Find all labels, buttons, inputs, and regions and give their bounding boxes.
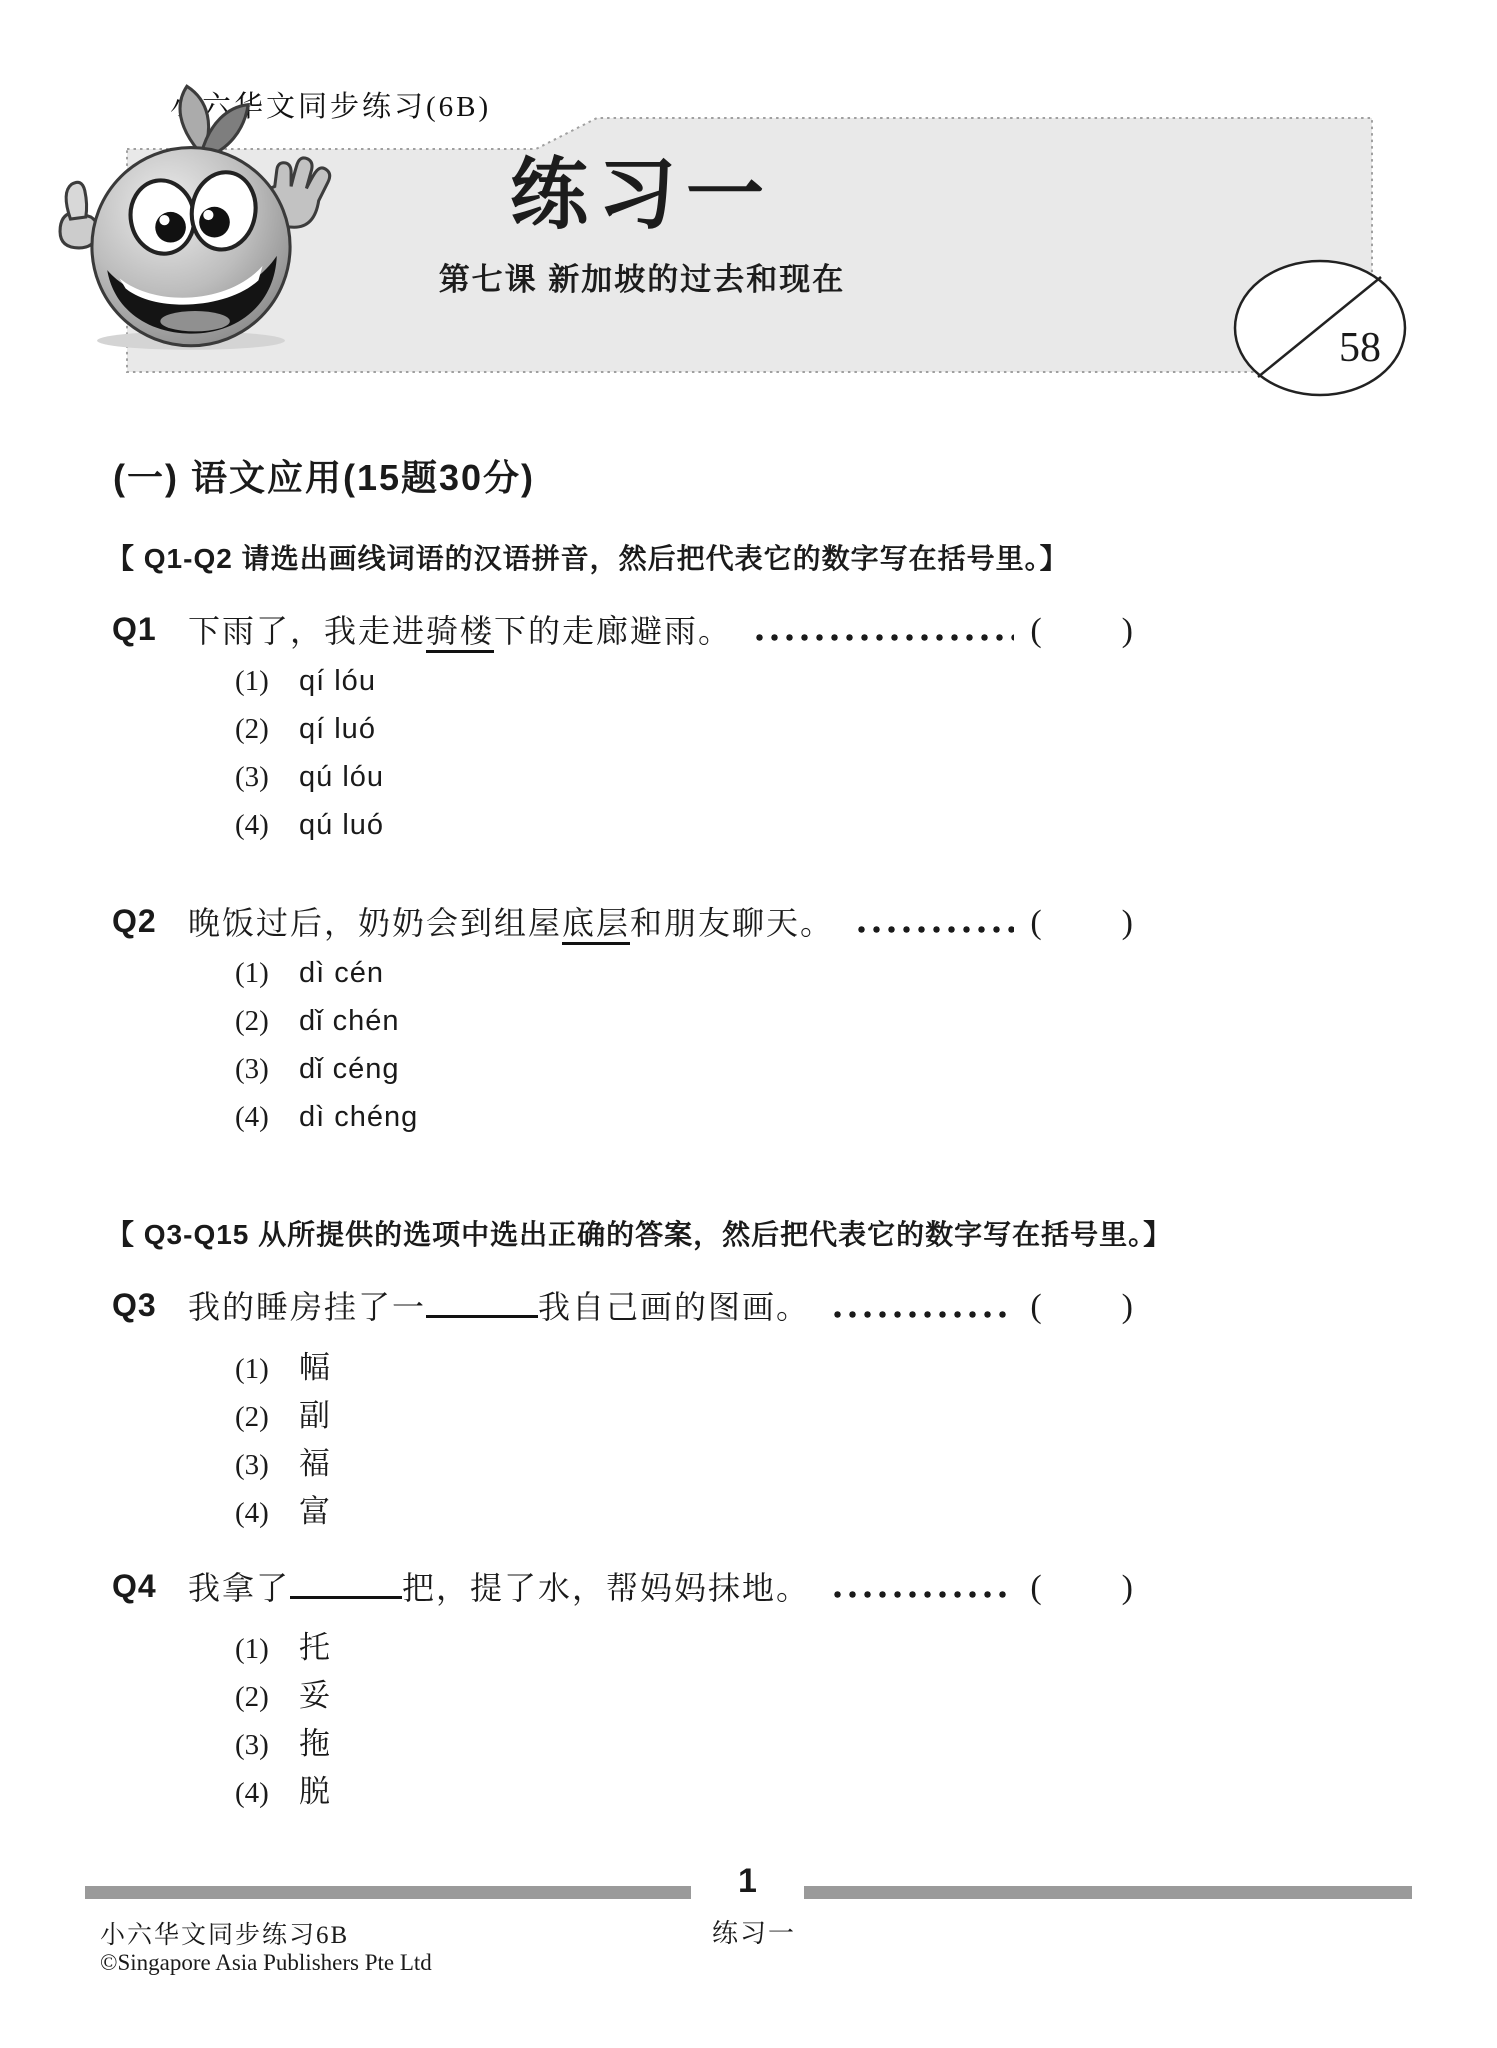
option-number: (2) <box>235 1401 299 1434</box>
open-paren: ( <box>1030 609 1041 653</box>
option-number: (4) <box>235 1497 299 1530</box>
option-row: (2)副 <box>235 1390 1133 1438</box>
option-row: (3)qú lóu <box>235 761 1133 809</box>
option-row: (2)妥 <box>235 1670 1133 1718</box>
option-text: 幅 <box>299 1342 332 1387</box>
option-row: (3)福 <box>235 1438 1133 1486</box>
options-list: (1)托 (2)妥 (3)拖 (4)脱 <box>235 1622 1133 1814</box>
sentence-post: 下的走廊避雨。 <box>494 613 732 649</box>
sentence-pre: 晚饭过后，奶奶会到组屋 <box>188 905 562 941</box>
option-row: (1)托 <box>235 1622 1133 1670</box>
sentence-pre: 我拿了 <box>188 1570 290 1606</box>
option-number: (4) <box>235 1777 299 1810</box>
dotted-leader <box>830 1591 1014 1598</box>
question-q4: Q4 我拿了把，提了水，帮妈妈抹地。 () (1)托 (2)妥 (3)拖 (4)… <box>188 1566 1133 1814</box>
option-text: 脱 <box>299 1766 332 1811</box>
sentence-pre: 下雨了，我走进 <box>188 613 426 649</box>
option-text: 富 <box>299 1486 332 1531</box>
option-row: (1)dì cén <box>235 957 1133 1005</box>
sentence-post: 和朋友聊天。 <box>630 905 834 941</box>
option-row: (4)qú luó <box>235 809 1133 857</box>
option-text: qú lóu <box>299 761 384 794</box>
option-number: (3) <box>235 761 299 794</box>
footer-rule-left <box>85 1886 691 1899</box>
dotted-leader <box>854 926 1014 933</box>
question-q2: Q2 晚饭过后，奶奶会到组屋底层和朋友聊天。 () (1)dì cén (2)d… <box>188 901 1133 1149</box>
option-text: qú luó <box>299 809 384 842</box>
question-number: Q4 <box>112 1568 157 1605</box>
option-row: (4)脱 <box>235 1766 1133 1814</box>
question-sentence: 我拿了把，提了水，帮妈妈抹地。 <box>188 1567 810 1610</box>
question-q1: Q1 下雨了，我走进骑楼下的走廊避雨。 () (1)qí lóu (2)qí l… <box>188 609 1133 857</box>
open-paren: ( <box>1030 901 1041 945</box>
underlined-word: 骑楼 <box>426 613 494 653</box>
options-list: (1)幅 (2)副 (3)福 (4)富 <box>235 1342 1133 1534</box>
option-number: (4) <box>235 809 299 842</box>
fill-in-blank[interactable] <box>290 1596 402 1599</box>
open-paren: ( <box>1030 1566 1041 1610</box>
option-row: (1)幅 <box>235 1342 1133 1390</box>
option-text: 妥 <box>299 1670 332 1715</box>
answer-brackets[interactable]: () <box>1030 609 1133 653</box>
option-number: (3) <box>235 1729 299 1762</box>
instruction-q1-q2: 【 Q1-Q2 请选出画线词语的汉语拼音，然后把代表它的数字写在括号里。】 <box>106 537 1497 577</box>
question-sentence: 我的睡房挂了一我自己画的图画。 <box>188 1286 810 1329</box>
option-text: 托 <box>299 1622 332 1667</box>
option-row: (3)dǐ céng <box>235 1053 1133 1101</box>
option-row: (4)dì chéng <box>235 1101 1133 1149</box>
footer-book-title: 小六华文同步练习6B <box>100 1915 349 1951</box>
worksheet-page: 小六华文同步练习(6B) <box>0 0 1497 2048</box>
question-number: Q2 <box>112 903 157 940</box>
close-paren: ) <box>1122 901 1133 945</box>
options-list: (1)qí lóu (2)qí luó (3)qú lóu (4)qú luó <box>235 665 1133 857</box>
option-row: (2)dǐ chén <box>235 1005 1133 1053</box>
footer-rule-right <box>804 1886 1412 1899</box>
option-text: 拖 <box>299 1718 332 1763</box>
option-row: (2)qí luó <box>235 713 1133 761</box>
answer-brackets[interactable]: () <box>1030 1566 1133 1610</box>
close-paren: ) <box>1122 1285 1133 1329</box>
option-number: (3) <box>235 1053 299 1086</box>
option-row: (4)富 <box>235 1486 1133 1534</box>
question-number: Q3 <box>112 1287 157 1324</box>
option-number: (3) <box>235 1449 299 1482</box>
option-text: 副 <box>299 1390 332 1435</box>
question-sentence: 晚饭过后，奶奶会到组屋底层和朋友聊天。 <box>188 902 834 945</box>
option-text: dì cén <box>299 957 384 990</box>
question-number: Q1 <box>112 611 157 648</box>
options-list: (1)dì cén (2)dǐ chén (3)dǐ céng (4)dì ch… <box>235 957 1133 1149</box>
option-text: dì chéng <box>299 1101 418 1134</box>
option-number: (2) <box>235 713 299 746</box>
worksheet-body: (一) 语文应用(15题30分) 【 Q1-Q2 请选出画线词语的汉语拼音，然后… <box>0 430 1497 1814</box>
option-number: (1) <box>235 665 299 698</box>
instruction-q3-q15: 【 Q3-Q15 从所提供的选项中选出正确的答案，然后把代表它的数字写在括号里。… <box>106 1213 1497 1253</box>
option-text: qí lóu <box>299 665 376 698</box>
option-number: (2) <box>235 1681 299 1714</box>
option-number: (4) <box>235 1101 299 1134</box>
question-q3: Q3 我的睡房挂了一我自己画的图画。 () (1)幅 (2)副 (3)福 (4)… <box>188 1285 1133 1533</box>
open-paren: ( <box>1030 1285 1041 1329</box>
score-circle: 58 <box>1231 258 1409 402</box>
option-number: (1) <box>235 1353 299 1386</box>
underlined-word: 底层 <box>562 905 630 945</box>
answer-brackets[interactable]: () <box>1030 1285 1133 1329</box>
option-text: dǐ chén <box>299 1005 400 1038</box>
score-total-text: 58 <box>1339 325 1381 371</box>
close-paren: ) <box>1122 609 1133 653</box>
lesson-subtitle: 第七课 新加坡的过去和现在 <box>127 254 1157 299</box>
footer-copyright: ©Singapore Asia Publishers Pte Ltd <box>100 1950 432 1976</box>
section-heading: (一) 语文应用(15题30分) <box>113 450 1497 501</box>
answer-brackets[interactable]: () <box>1030 901 1133 945</box>
option-text: qí luó <box>299 713 376 746</box>
dotted-leader <box>752 634 1014 641</box>
fill-in-blank[interactable] <box>426 1315 538 1318</box>
dotted-leader <box>830 1311 1014 1318</box>
sentence-post: 把，提了水，帮妈妈抹地。 <box>402 1570 810 1606</box>
question-sentence: 下雨了，我走进骑楼下的走廊避雨。 <box>188 610 732 653</box>
option-text: dǐ céng <box>299 1053 400 1086</box>
option-number: (1) <box>235 1633 299 1666</box>
option-text: 福 <box>299 1438 332 1483</box>
footer-chapter-title: 练习一 <box>712 1913 796 1950</box>
option-row: (1)qí lóu <box>235 665 1133 713</box>
option-row: (3)拖 <box>235 1718 1133 1766</box>
option-number: (1) <box>235 957 299 990</box>
close-paren: ) <box>1122 1566 1133 1610</box>
page-number: 1 <box>691 1862 804 1901</box>
sentence-pre: 我的睡房挂了一 <box>188 1289 426 1325</box>
sentence-post: 我自己画的图画。 <box>538 1289 810 1325</box>
exercise-title: 练习一 <box>127 152 1157 238</box>
option-number: (2) <box>235 1005 299 1038</box>
